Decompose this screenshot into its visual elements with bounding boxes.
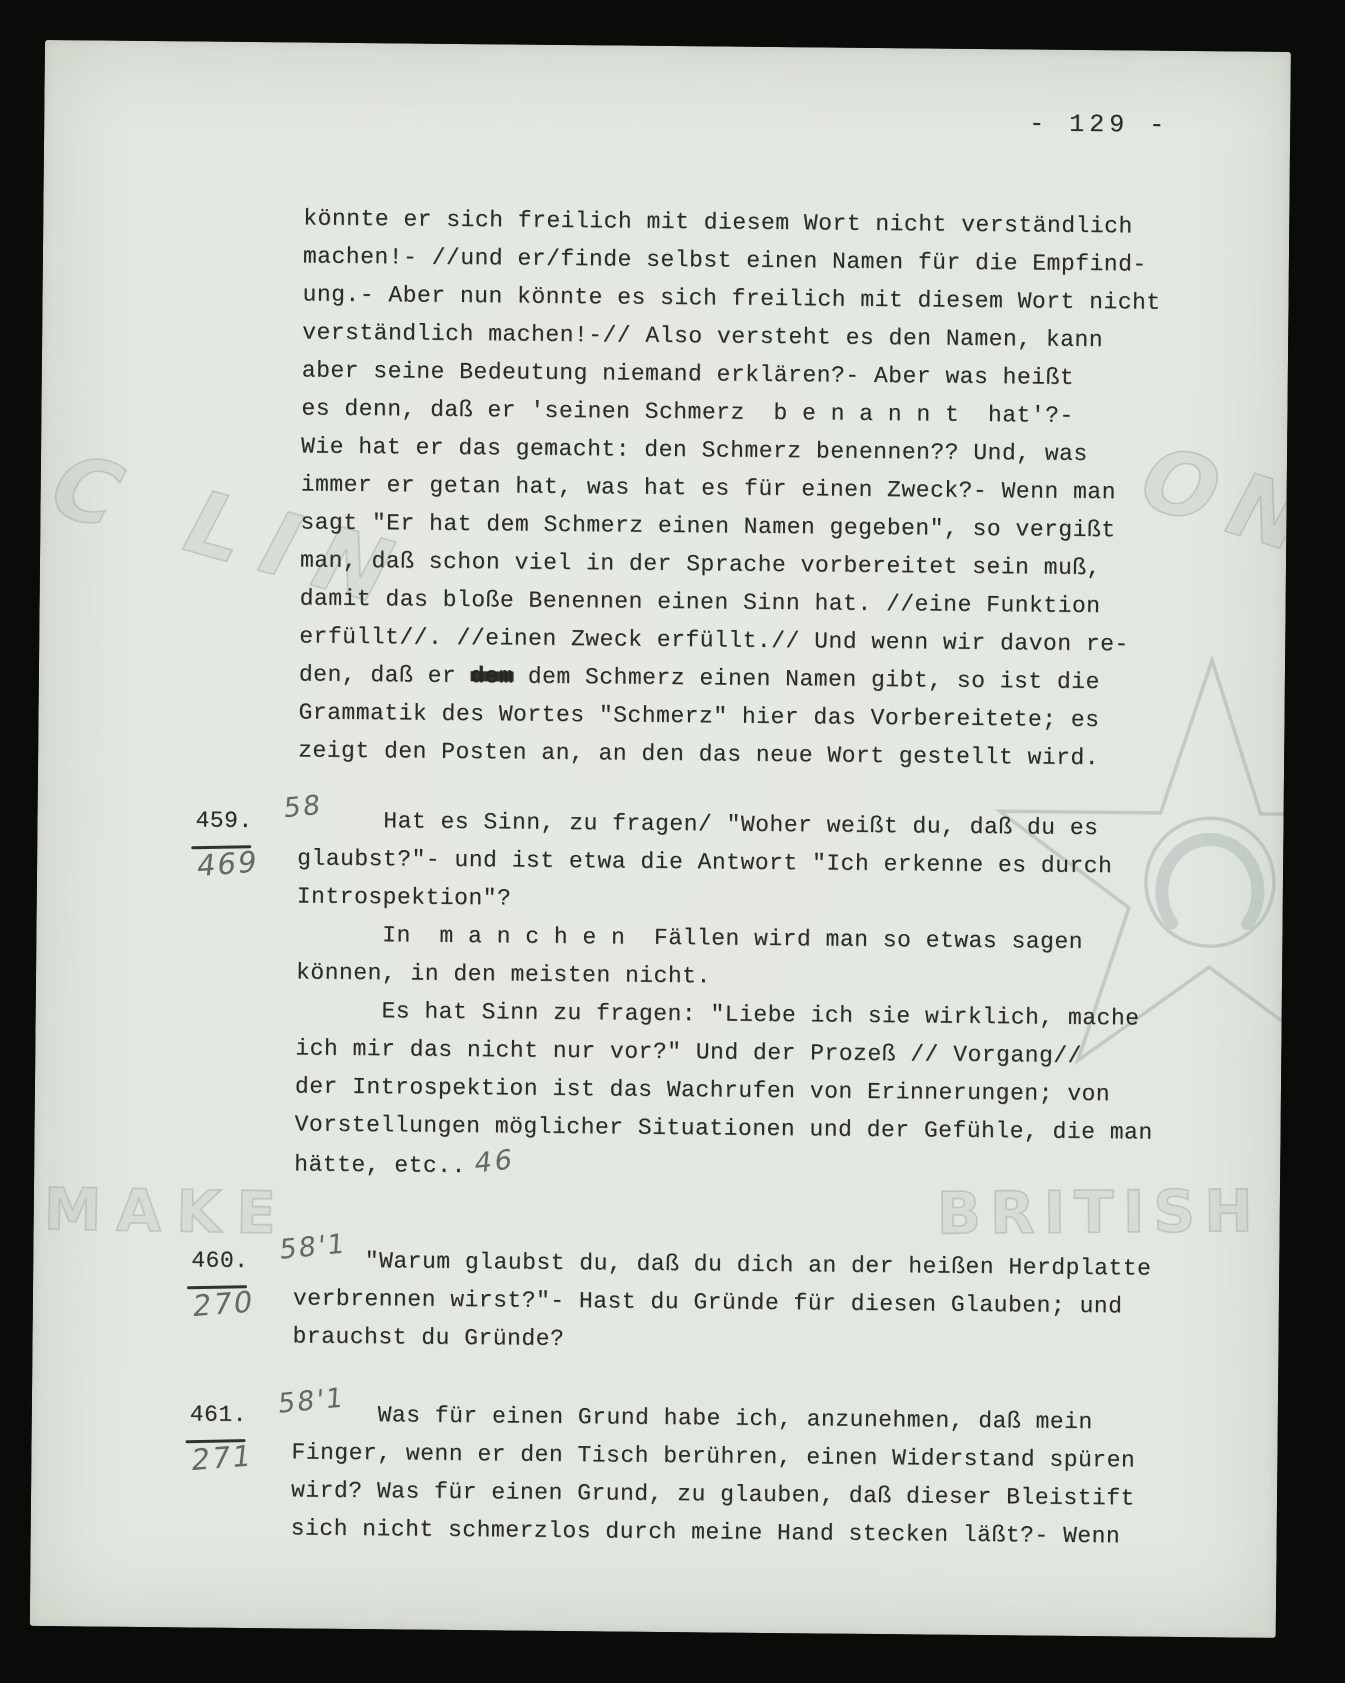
section-461: 461.58'1271 Was für einen Grund habe ich… — [291, 1395, 1232, 1556]
section-number: 461. — [190, 1395, 248, 1434]
margin-annotation-top: 58 — [283, 786, 324, 828]
margin-annotation-bottom: 270 — [191, 1282, 257, 1325]
document-scan: C LIN ON MAKE BRITISH - 129 - könnte er … — [0, 0, 1345, 1683]
margin-annotation-top: 58'1 — [278, 1225, 347, 1270]
section-460: 460.58'1270 "Warum glaubst du, daß du di… — [292, 1241, 1233, 1364]
handwritten-number: 46 — [472, 1141, 516, 1184]
section-number: 460. — [191, 1241, 249, 1280]
text-line: sich nicht schmerzlos durch meine Hand s… — [291, 1509, 1231, 1556]
margin-annotation-bottom: 469 — [195, 842, 261, 885]
overstruck-word: dem — [470, 663, 513, 689]
typed-text-block: könnte er sich freilich mit diesem Wort … — [291, 199, 1244, 1556]
watermark-make-text: MAKE — [43, 1175, 291, 1247]
typescript-page: C LIN ON MAKE BRITISH - 129 - könnte er … — [30, 40, 1291, 1638]
text-line: zeigt den Posten an, an den das neue Wor… — [298, 731, 1238, 778]
margin-annotation-top: 58'1 — [277, 1379, 346, 1424]
section-continued: könnte er sich freilich mit diesem Wort … — [298, 199, 1243, 778]
scan-background: { "page": { "number_label": "- 129 -" },… — [0, 0, 1345, 1683]
section-459: 459.58469 Hat es Sinn, zu fragen/ "Woher… — [294, 801, 1238, 1192]
margin-annotation-bottom: 271 — [189, 1436, 255, 1479]
page-number: - 129 - — [1029, 109, 1169, 139]
section-number: 459. — [195, 801, 253, 840]
